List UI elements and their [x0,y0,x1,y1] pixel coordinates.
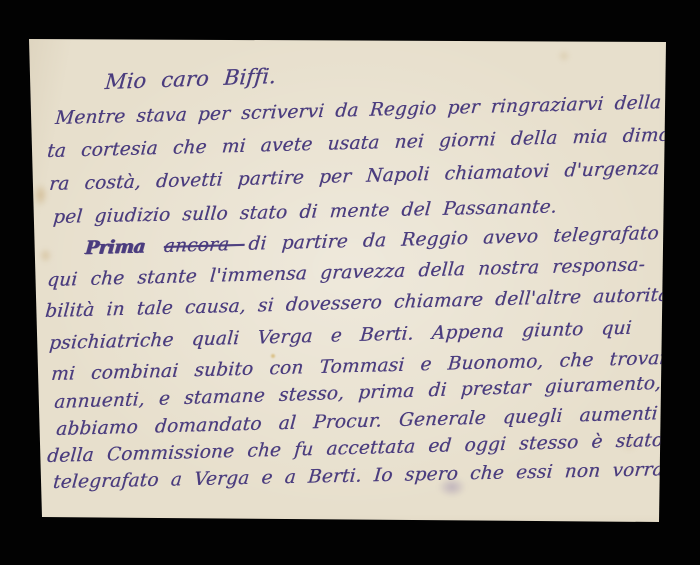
handwritten-line: pel giudizio sullo stato di mente del Pa… [52,196,558,228]
handwritten-line: ra costà, dovetti partire per Napoli chi… [48,158,660,195]
handwritten-line: bilità in tale causa, si dovessero chiam… [44,285,670,322]
handwritten-line: psichiatriche quali Verga e Berti. Appen… [48,318,632,354]
letter-salutation: Mio caro Biffi. [104,64,277,94]
handwritten-line: ta cortesia che mi avete usata nei giorn… [46,125,677,163]
handwritten-line-with-correction: Prima ancora di partire da Reggio avevo … [84,223,659,259]
overwritten-word: Prima [84,236,160,259]
handwritten-text: Mio caro Biffi. Mentre stava per scriver… [0,0,700,565]
line-continuation: di partire da Reggio avevo telegrafato [248,223,660,255]
handwritten-line: Mentre stava per scrivervi da Reggio per… [54,91,700,129]
photograph: Mio caro Biffi. Mentre stava per scriver… [0,0,700,565]
struck-through-word: ancora [163,234,245,257]
handwritten-line: qui che stante l'immensa gravezza della … [46,254,645,291]
letter-paper: Mio caro Biffi. Mentre stava per scriver… [0,0,700,565]
